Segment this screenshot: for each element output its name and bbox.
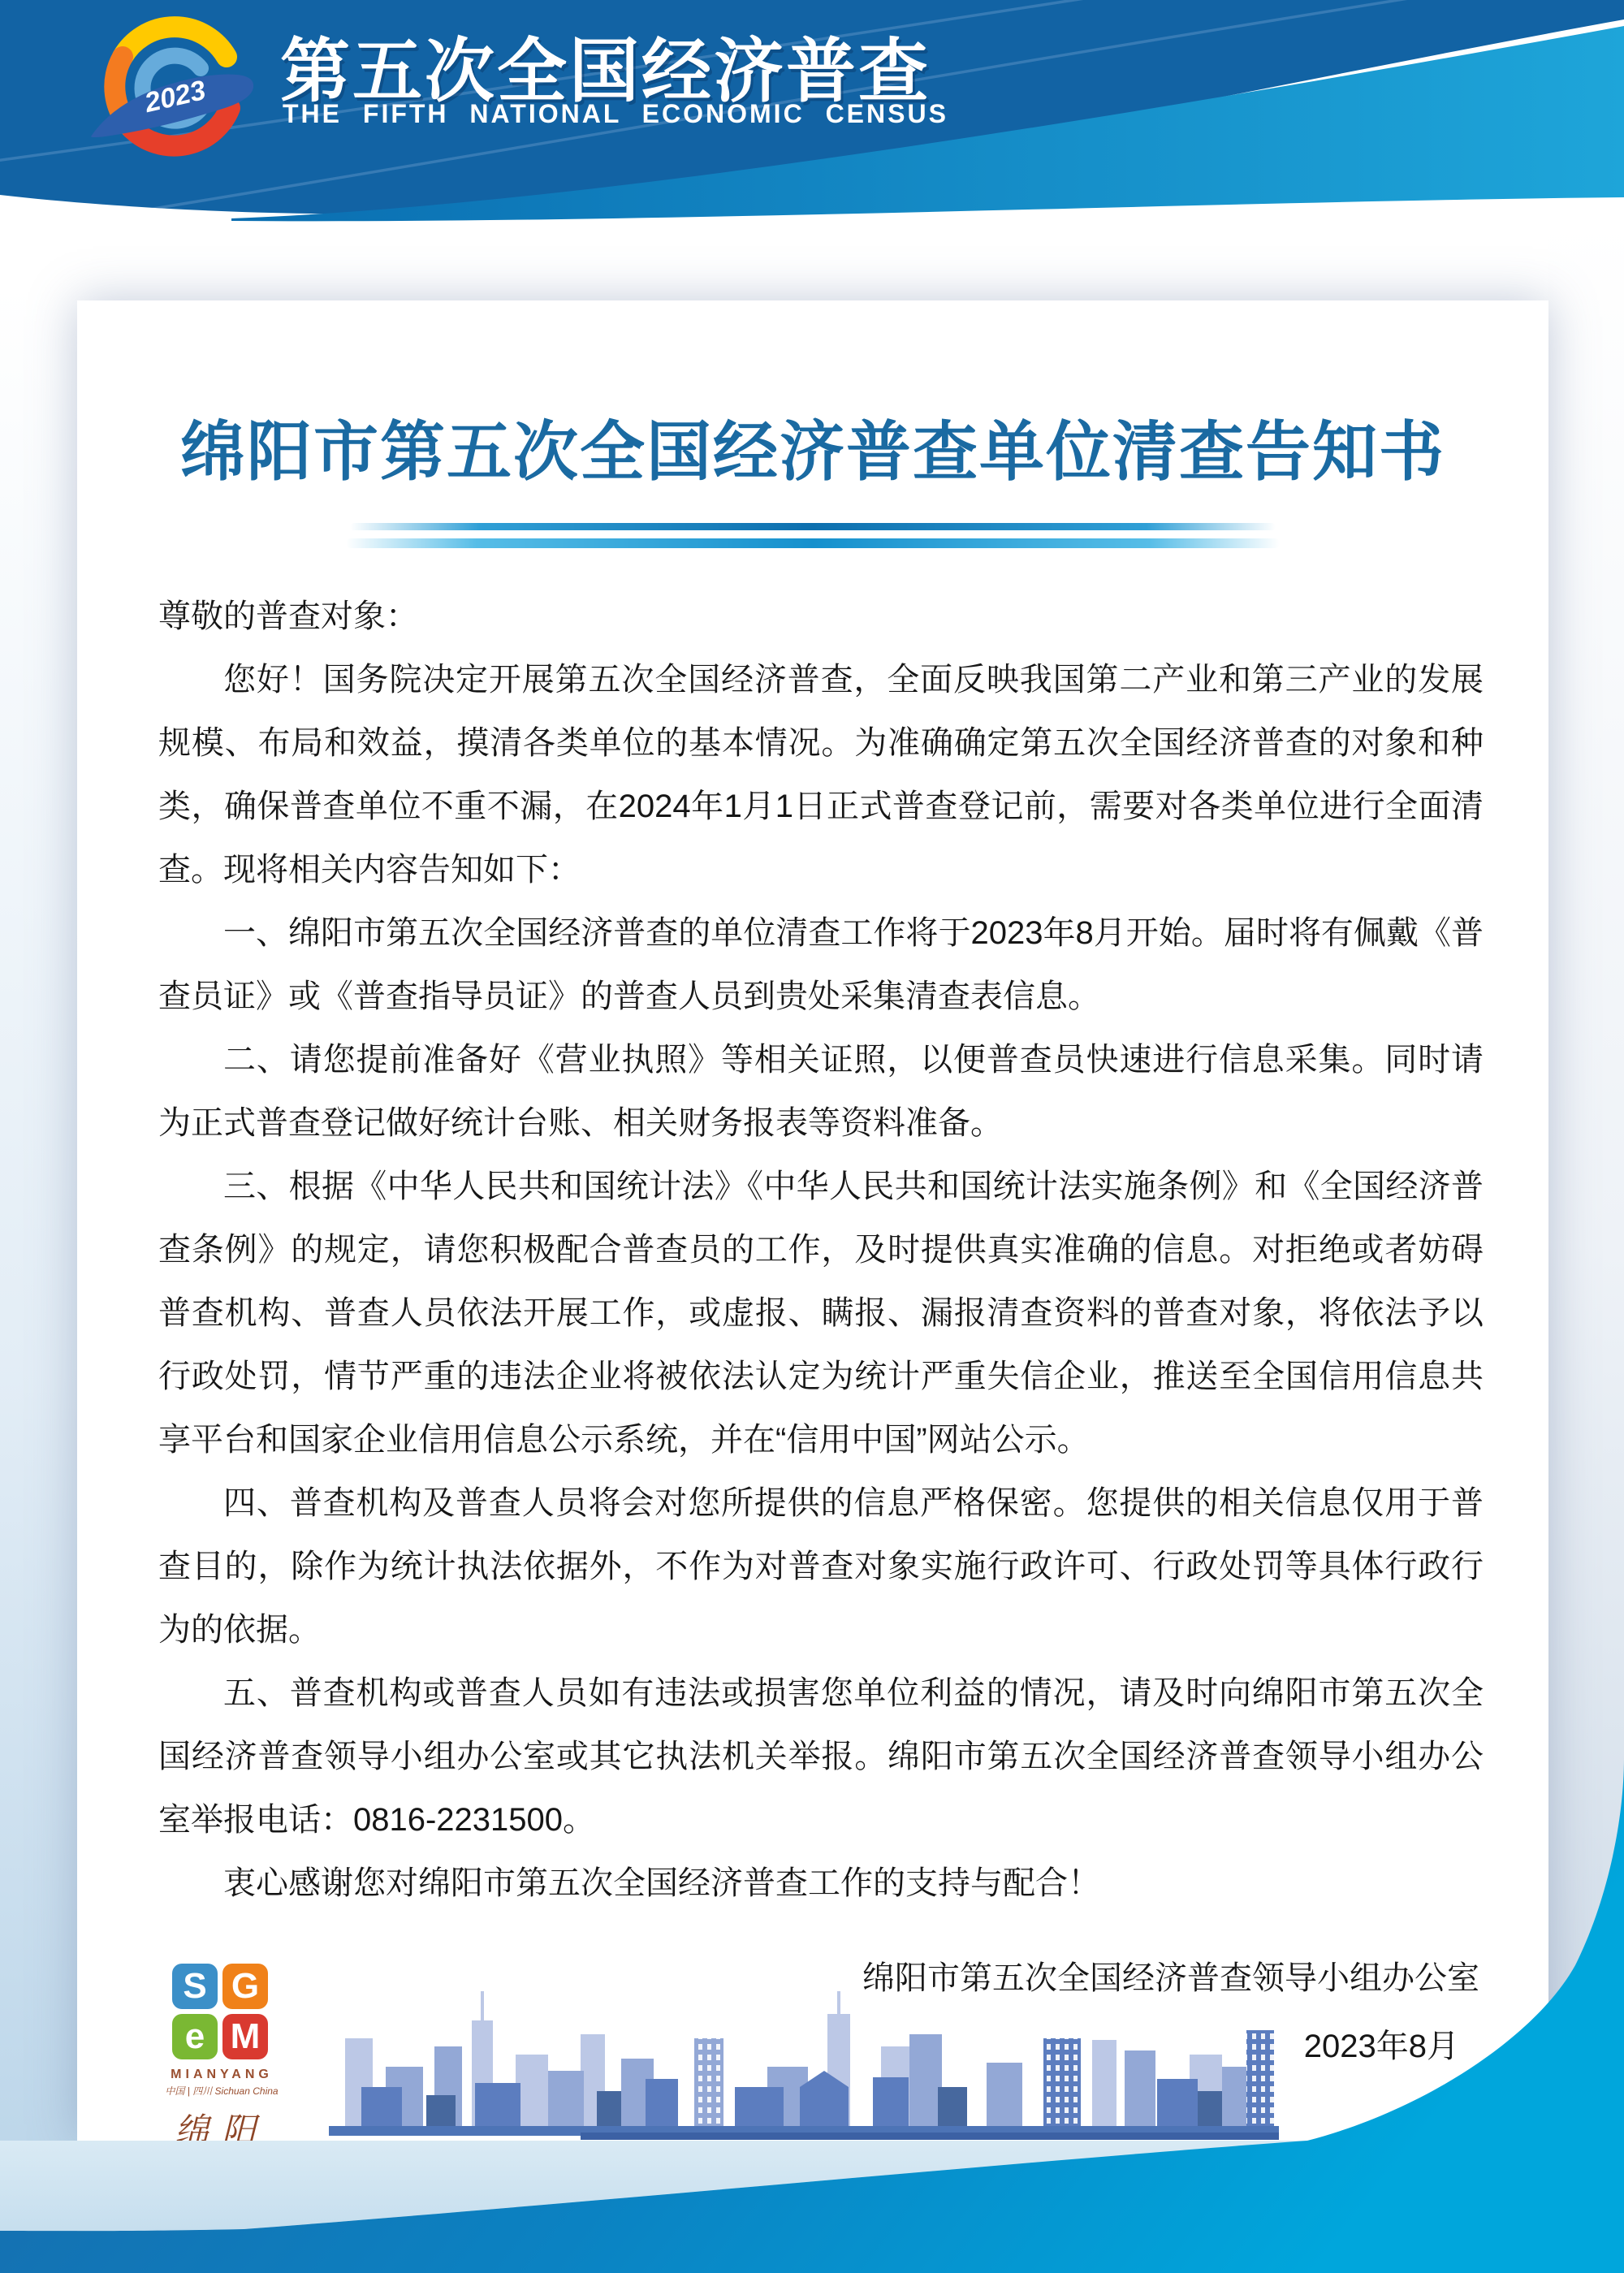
signature-date: 2023年8月: [1304, 2020, 1459, 2067]
paragraph-item-2: 二、请您提前准备好《营业执照》等相关证照，以便普查员快速进行信息采集。同时请为正…: [158, 1028, 1484, 1155]
paragraph-intro: 您好！国务院决定开展第五次全国经济普查，全面反映我国第二产业和第三产业的发展规模…: [158, 648, 1484, 901]
logo-tile-s: S: [172, 1964, 218, 2009]
logo-tile-g: G: [222, 1964, 268, 2009]
page-left-gradient: [0, 284, 77, 2273]
mianyang-subtitle: 中国 | 四川 Sichuan China: [161, 2084, 283, 2098]
paragraph-item-1: 一、绵阳市第五次全国经济普查的单位清查工作将于2023年8月开始。届时将有佩戴《…: [158, 901, 1484, 1028]
header-title-en: THE FIFTH NATIONAL ECONOMIC CENSUS: [283, 99, 948, 129]
notice-card: 绵阳市第五次全国经济普查单位清查告知书 尊敬的普查对象： 您好！国务院决定开展第…: [77, 300, 1548, 2141]
mianyang-name-cn: 绵阳: [161, 2104, 283, 2153]
notice-title: 绵阳市第五次全国经济普查单位清查告知书: [77, 400, 1548, 493]
paragraph-item-5: 五、普查机构或普查人员如有违法或损害您单位利益的情况，请及时向绵阳市第五次全国经…: [158, 1662, 1484, 1852]
notice-body: 尊敬的普查对象： 您好！国务院决定开展第五次全国经济普查，全面反映我国第二产业和…: [158, 585, 1484, 1915]
paragraph-item-4: 四、普查机构及普查人员将会对您所提供的信息严格保密。您提供的相关信息仅用于普查目…: [158, 1471, 1484, 1662]
page-right-gradient: [1548, 219, 1624, 2273]
logo-tile-e: e: [172, 2014, 218, 2059]
logo-tile-m: M: [222, 2014, 268, 2059]
city-skyline-illustration: [313, 1990, 1295, 2141]
mianyang-name-en: MIANYANG: [161, 2068, 283, 2082]
mianyang-city-logo: S G e M MIANYANG 中国 | 四川 Sichuan China 绵…: [161, 1964, 283, 2153]
mianyang-logo-tiles: S G e M: [172, 1964, 271, 2059]
paragraph-item-3: 三、根据《中华人民共和国统计法》《中华人民共和国统计法实施条例》和《全国经济普查…: [158, 1155, 1484, 1471]
pale-blue-lens: [0, 2141, 1307, 2231]
salutation: 尊敬的普查对象：: [158, 585, 1484, 648]
title-divider-bottom: [346, 538, 1280, 548]
census-notice-poster: { "header": { "logo_year": "2023", "titl…: [0, 0, 1624, 2273]
title-divider-top: [350, 523, 1276, 530]
paragraph-thanks: 衷心感谢您对绵阳市第五次全国经济普查工作的支持与配合！: [158, 1852, 1484, 1915]
